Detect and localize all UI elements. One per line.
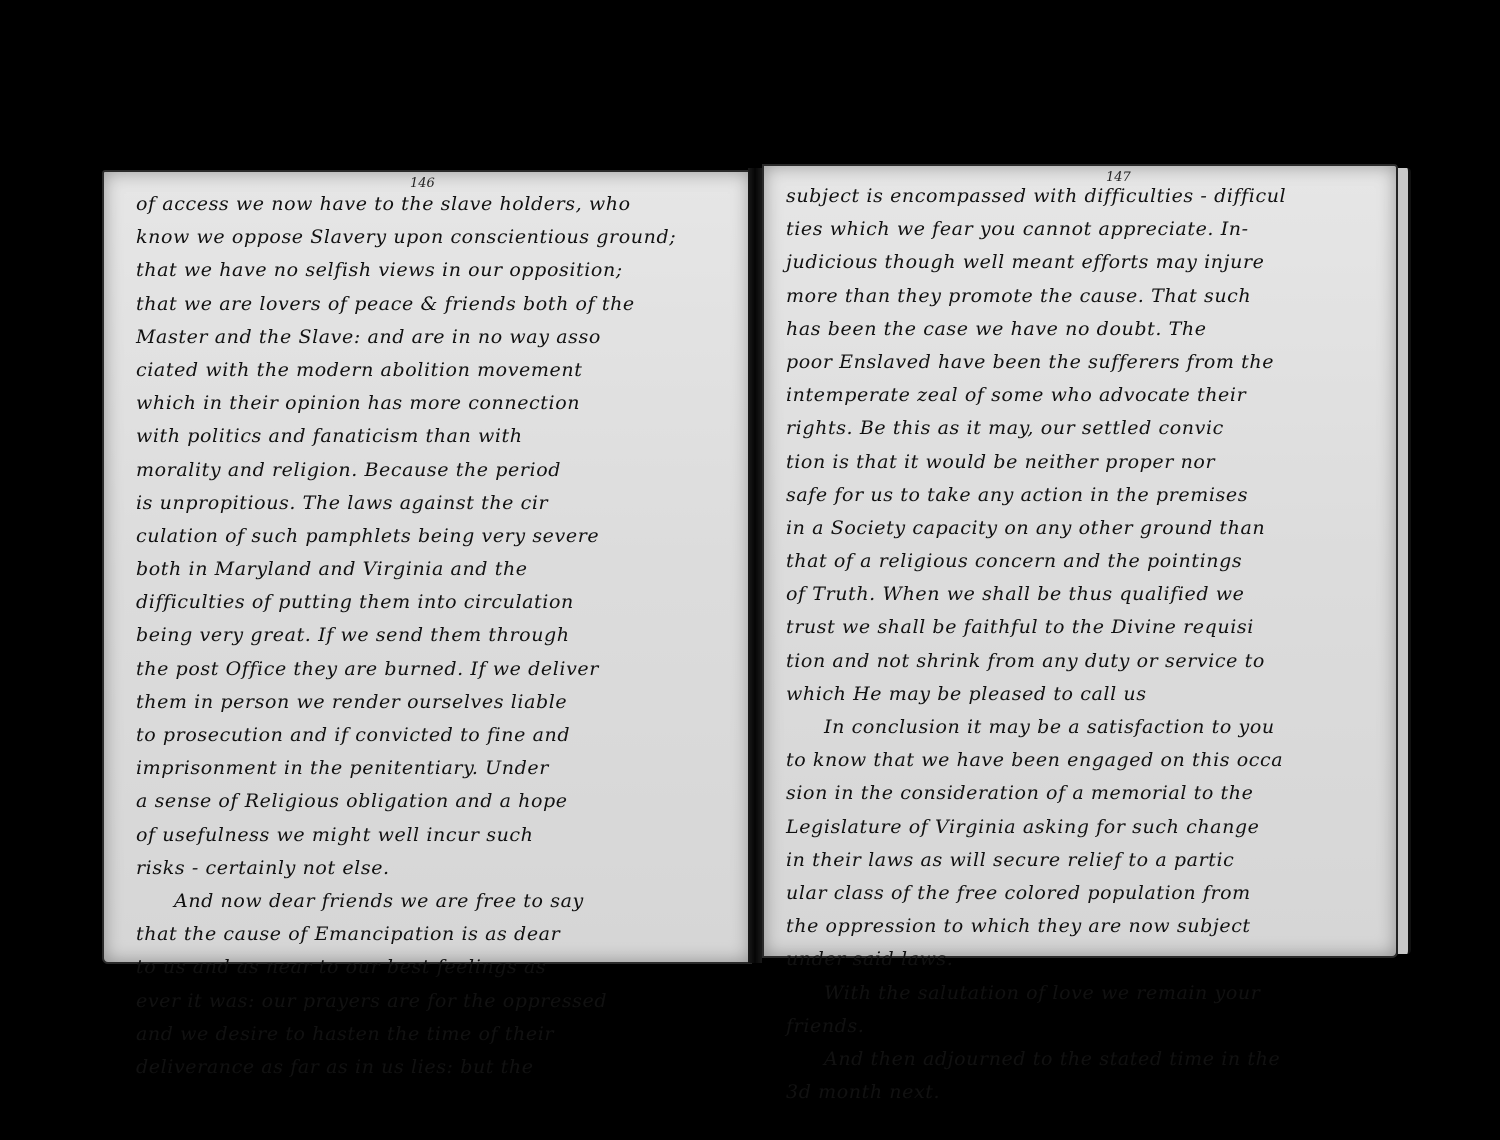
manuscript-line: safe for us to take any action in the pr… (786, 479, 1378, 512)
manuscript-line-paragraph-start: In conclusion it may be a satisfaction t… (786, 711, 1378, 744)
manuscript-line: that we have no selfish views in our opp… (136, 254, 732, 287)
right-page: 147 subject is encompassed with difficul… (762, 164, 1398, 958)
manuscript-line: friends. (786, 1010, 1378, 1043)
manuscript-line: a sense of Religious obligation and a ho… (136, 785, 732, 818)
manuscript-line: which in their opinion has more connecti… (136, 387, 732, 420)
manuscript-line: which He may be pleased to call us (786, 678, 1378, 711)
manuscript-line: sion in the consideration of a memorial … (786, 777, 1378, 810)
manuscript-line: in their laws as will secure relief to a… (786, 844, 1378, 877)
manuscript-line: the post Office they are burned. If we d… (136, 653, 732, 686)
manuscript-line: that of a religious concern and the poin… (786, 545, 1378, 578)
manuscript-line: of Truth. When we shall be thus qualifie… (786, 578, 1378, 611)
manuscript-line: risks - certainly not else. (136, 852, 732, 885)
manuscript-line: difficulties of putting them into circul… (136, 586, 732, 619)
book-spine (748, 168, 762, 963)
manuscript-line: morality and religion. Because the perio… (136, 454, 732, 487)
open-manuscript-book: 146 of access we now have to the slave h… (96, 158, 1426, 970)
manuscript-line-paragraph-start: And now dear friends we are free to say (136, 885, 732, 918)
manuscript-line-paragraph-start: With the salutation of love we remain yo… (786, 977, 1378, 1010)
manuscript-line: more than they promote the cause. That s… (786, 280, 1378, 313)
manuscript-line: 3d month next. (786, 1076, 1378, 1109)
manuscript-line: culation of such pamphlets being very se… (136, 520, 732, 553)
manuscript-line: intemperate zeal of some who advocate th… (786, 379, 1378, 412)
manuscript-line: that the cause of Emancipation is as dea… (136, 918, 732, 951)
manuscript-line: deliverance as far as in us lies: but th… (136, 1051, 732, 1084)
manuscript-line: ever it was: our prayers are for the opp… (136, 985, 732, 1018)
book-page-edges (1396, 168, 1411, 954)
manuscript-line: both in Maryland and Virginia and the (136, 553, 732, 586)
manuscript-line: of usefulness we might well incur such (136, 819, 732, 852)
manuscript-line: poor Enslaved have been the sufferers fr… (786, 346, 1378, 379)
manuscript-line: with politics and fanaticism than with (136, 420, 732, 453)
manuscript-line: subject is encompassed with difficulties… (786, 180, 1378, 213)
manuscript-line: of access we now have to the slave holde… (136, 188, 732, 221)
manuscript-line: that we are lovers of peace & friends bo… (136, 288, 732, 321)
manuscript-line: Legislature of Virginia asking for such … (786, 811, 1378, 844)
manuscript-line-paragraph-start: And then adjourned to the stated time in… (786, 1043, 1378, 1076)
manuscript-line: imprisonment in the penitentiary. Under (136, 752, 732, 785)
left-page-lines: of access we now have to the slave holde… (136, 188, 732, 1084)
manuscript-line: the oppression to which they are now sub… (786, 910, 1378, 943)
manuscript-line: to know that we have been engaged on thi… (786, 744, 1378, 777)
manuscript-line: them in person we render ourselves liabl… (136, 686, 732, 719)
manuscript-line: rights. Be this as it may, our settled c… (786, 412, 1378, 445)
manuscript-line: and we desire to hasten the time of thei… (136, 1018, 732, 1051)
right-page-lines: subject is encompassed with difficulties… (786, 180, 1378, 1109)
manuscript-line: under said laws. (786, 943, 1378, 976)
manuscript-line: ular class of the free colored populatio… (786, 877, 1378, 910)
manuscript-line: has been the case we have no doubt. The (786, 313, 1378, 346)
manuscript-line: in a Society capacity on any other groun… (786, 512, 1378, 545)
manuscript-line: tion and not shrink from any duty or ser… (786, 645, 1378, 678)
manuscript-line: to us and as near to our best feelings a… (136, 951, 732, 984)
left-page: 146 of access we now have to the slave h… (102, 170, 752, 964)
manuscript-line: judicious though well meant efforts may … (786, 246, 1378, 279)
manuscript-line: tion is that it would be neither proper … (786, 446, 1378, 479)
manuscript-line: is unpropitious. The laws against the ci… (136, 487, 732, 520)
manuscript-line: know we oppose Slavery upon conscientiou… (136, 221, 732, 254)
manuscript-line: Master and the Slave: and are in no way … (136, 321, 732, 354)
manuscript-line: ties which we fear you cannot appreciate… (786, 213, 1378, 246)
manuscript-line: ciated with the modern abolition movemen… (136, 354, 732, 387)
manuscript-line: trust we shall be faithful to the Divine… (786, 611, 1378, 644)
manuscript-line: being very great. If we send them throug… (136, 619, 732, 652)
manuscript-line: to prosecution and if convicted to fine … (136, 719, 732, 752)
